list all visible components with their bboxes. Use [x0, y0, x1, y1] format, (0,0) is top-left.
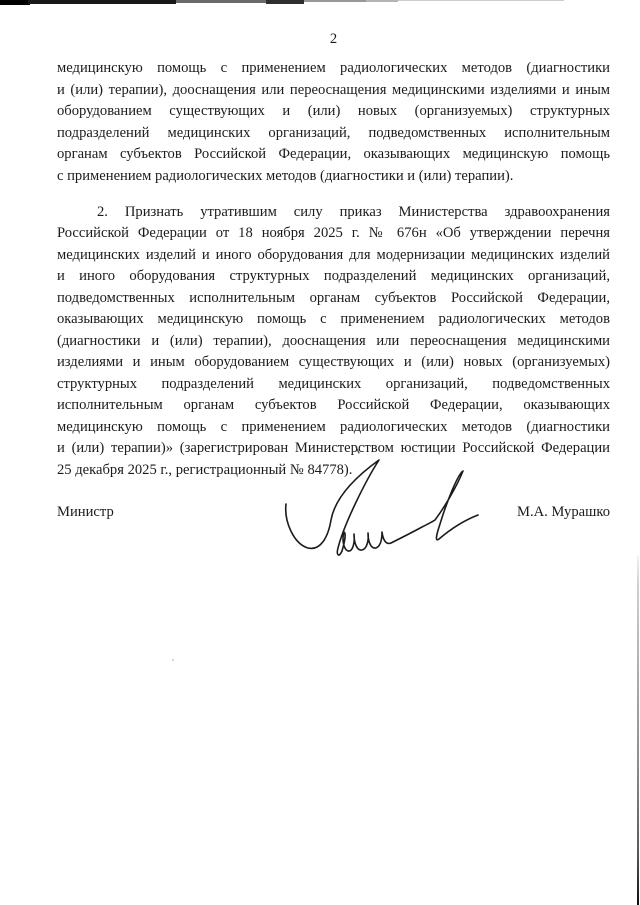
scan-artifact-speck: [172, 659, 174, 661]
text-line: исполнительным органам субъектов Российс…: [57, 395, 610, 417]
text-line: оборудованием существующих и (или) новых…: [57, 101, 610, 123]
scan-artifact-top-edge: [0, 0, 640, 6]
text-line: медицинскую помощь с применением радиоло…: [57, 417, 610, 439]
text-line: структурных подразделений медицинских ор…: [57, 374, 610, 396]
text-line: подразделений медицинских организаций, п…: [57, 123, 610, 145]
text-line: с применением радиологических методов (д…: [57, 166, 610, 188]
text-line: медицинских изделий и иного оборудования…: [57, 245, 610, 267]
document-page: 2 медицинскую помощь с применением радио…: [0, 0, 640, 905]
document-body: медицинскую помощь с применением радиоло…: [57, 58, 610, 496]
text-line: оказывающих медицинскую помощь с примене…: [57, 309, 610, 331]
text-line: Российской Федерации от 18 ноября 2025 г…: [57, 223, 610, 245]
text-line: подведомственных исполнительным органам …: [57, 288, 610, 310]
text-line: 2. Признать утратившим силу приказ Минис…: [57, 202, 610, 224]
scan-artifact-right-edge: [637, 556, 639, 905]
handwritten-signature-icon: [282, 446, 494, 572]
signer-position-title: Министр: [57, 502, 114, 522]
text-line: и (или) терапии), дооснащения или переос…: [57, 80, 610, 102]
text-line: изделиями и иным оборудованием существую…: [57, 352, 610, 374]
signer-name: М.А. Мурашко: [517, 502, 610, 522]
text-line: органам субъектов Российской Федерации, …: [57, 144, 610, 166]
text-line: и иного оборудования структурных подразд…: [57, 266, 610, 288]
text-line: медицинскую помощь с применением радиоло…: [57, 58, 610, 80]
text-line: (диагностики и (или) терапии), дооснащен…: [57, 331, 610, 353]
page-number: 2: [57, 30, 610, 48]
